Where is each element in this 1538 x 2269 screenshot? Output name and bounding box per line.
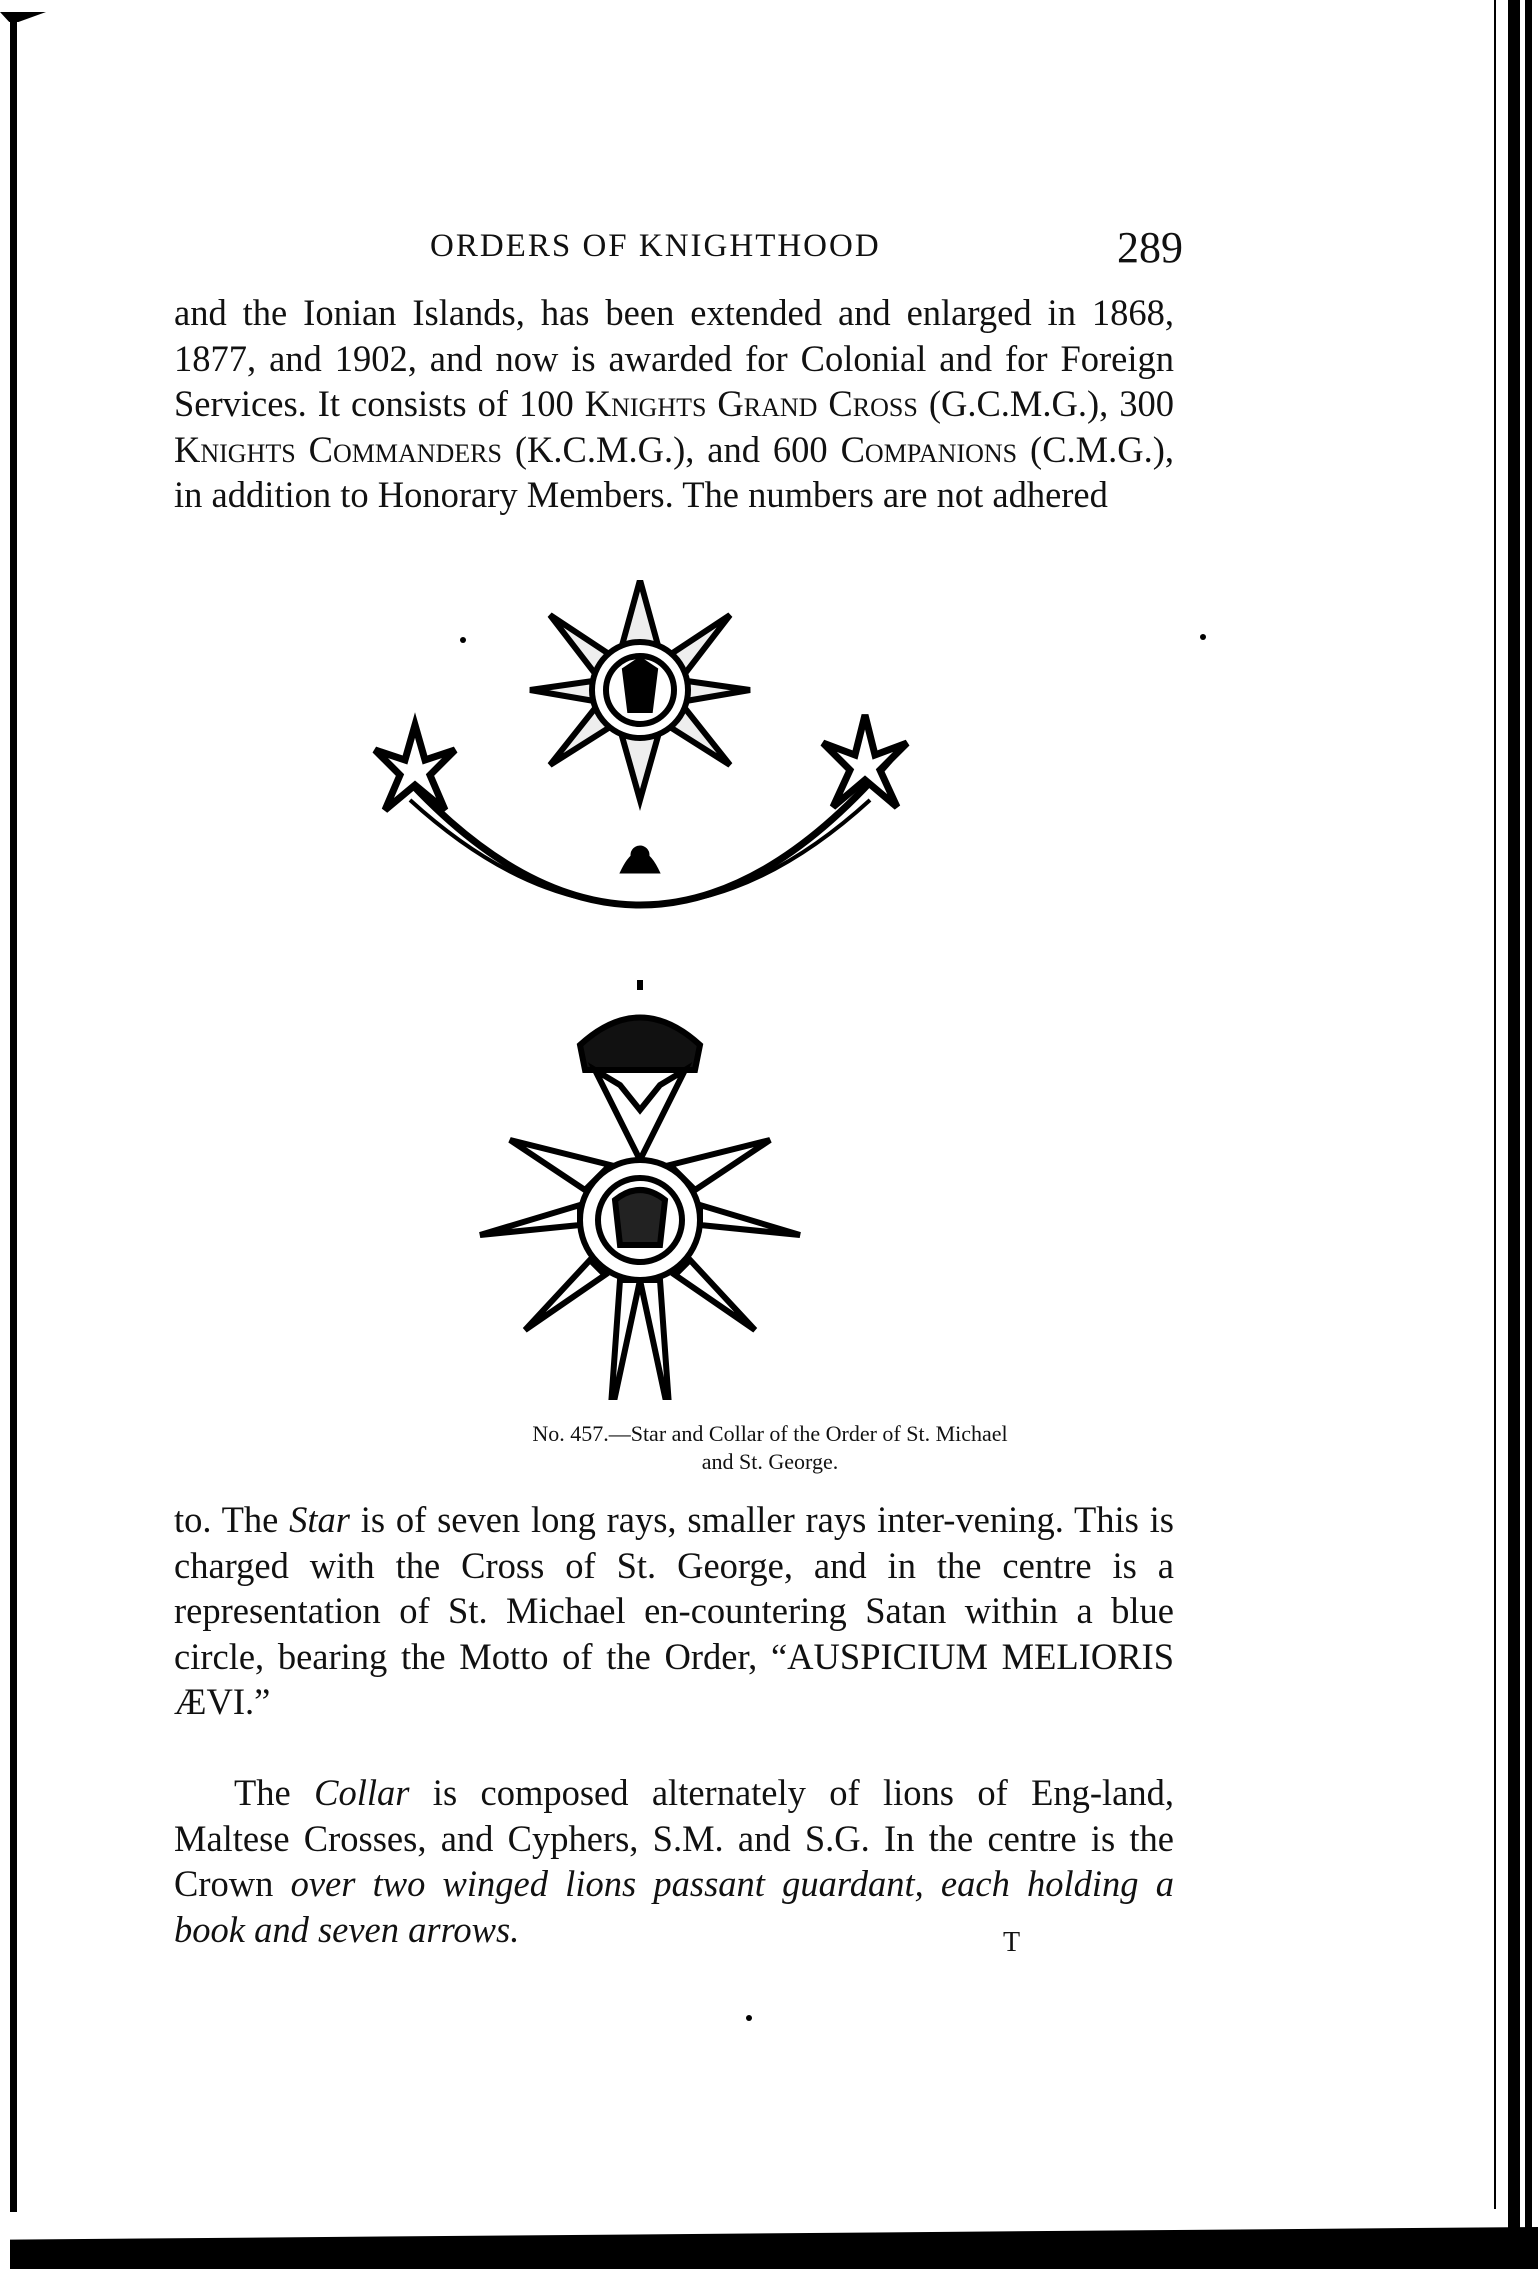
badge-cross-icon bbox=[480, 980, 800, 1400]
paragraph-3: The Collar is composed alternately of li… bbox=[174, 1770, 1174, 1952]
binding-edge-bottom bbox=[10, 2227, 1538, 2269]
print-speck bbox=[746, 2015, 752, 2021]
binding-edge-left bbox=[10, 22, 17, 2212]
order-star-collar-illustration bbox=[370, 580, 1230, 1400]
paragraph-1: and the Ionian Islands, has been extende… bbox=[174, 290, 1174, 518]
breast-star-icon bbox=[530, 580, 750, 800]
paragraph-2: to. The Star is of seven long rays, smal… bbox=[174, 1497, 1174, 1725]
binding-edge-cap bbox=[0, 12, 46, 22]
figure-caption: No. 457.—Star and Collar of the Order of… bbox=[320, 1420, 1220, 1476]
page-edges-right bbox=[1478, 0, 1538, 2269]
running-header: ORDERS OF KNIGHTHOOD bbox=[430, 228, 881, 265]
signature-mark: T bbox=[1003, 1927, 1020, 1959]
page-number: 289 bbox=[1117, 222, 1183, 273]
